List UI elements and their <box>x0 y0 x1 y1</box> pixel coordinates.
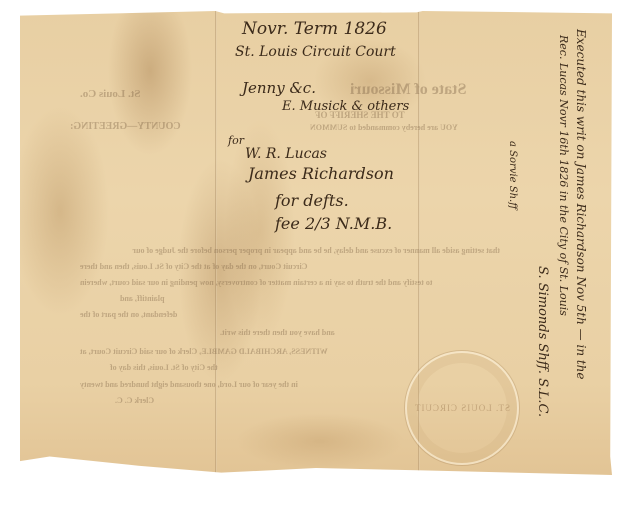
ghost-county-greeting: COUNTY—GREETING: <box>70 121 181 132</box>
fold-line-left <box>215 11 217 475</box>
ghost-witness: WITNESS, ARCHIBALD GAMBLE, Clerk of our … <box>80 347 328 356</box>
docket-witness-1: W. R. Lucas <box>245 146 327 162</box>
return-line-1: Executed this writ on James Richardson N… <box>574 29 588 380</box>
ghost-year: in the year of our Lord, one thousand ei… <box>80 380 298 389</box>
ghost-body-4: plaintiff, and <box>120 294 164 303</box>
docket-court: St. Louis Circuit Court <box>235 44 396 60</box>
ghost-body-3: to testify and the truth to say in a cer… <box>80 278 433 287</box>
docket-fee: fee 2/3 N.M.B. <box>275 214 392 233</box>
return-signature: S. Simonds Shff. S.L.C. <box>535 266 550 417</box>
ghost-body-2: Circuit Court, on the day of at the City… <box>80 262 307 271</box>
docket-plaintiff: Jenny &c. <box>242 79 316 97</box>
seal-text: ST. LOUIS CIRCUIT COURT <box>407 353 517 463</box>
docket-term: Novr. Term 1826 <box>242 19 387 39</box>
ghost-header-county: St. Louis Co. <box>80 88 141 100</box>
ghost-city: the City of St. Louis, this day of <box>110 363 218 372</box>
ghost-header-state: State of Missouri <box>350 81 466 99</box>
court-seal-emboss: ST. LOUIS CIRCUIT COURT <box>405 351 519 465</box>
docket-for-defts: for defts. <box>275 191 349 210</box>
return-note: a Sorvie Sh.ff <box>507 141 518 209</box>
ghost-body-5: defendant, on the part of the <box>80 310 177 319</box>
ghost-command: YOU are hereby commanded to SUMMON <box>310 123 458 132</box>
ghost-body-1: that setting aside all manner of excuse … <box>80 246 500 255</box>
ghost-body-6: and have you then there this writ. <box>220 328 335 337</box>
docket-for: for <box>228 134 244 147</box>
return-line-2: Rec. Lucas Novr 16th 1826 in the City of… <box>557 35 570 316</box>
ghost-clerk: Clerk C. C. <box>115 396 154 405</box>
document-paper: State of Missouri St. Louis Co. TO THE S… <box>20 11 612 475</box>
docket-witness-2: James Richardson <box>248 164 394 183</box>
docket-defendant: E. Musick & others <box>282 99 409 114</box>
